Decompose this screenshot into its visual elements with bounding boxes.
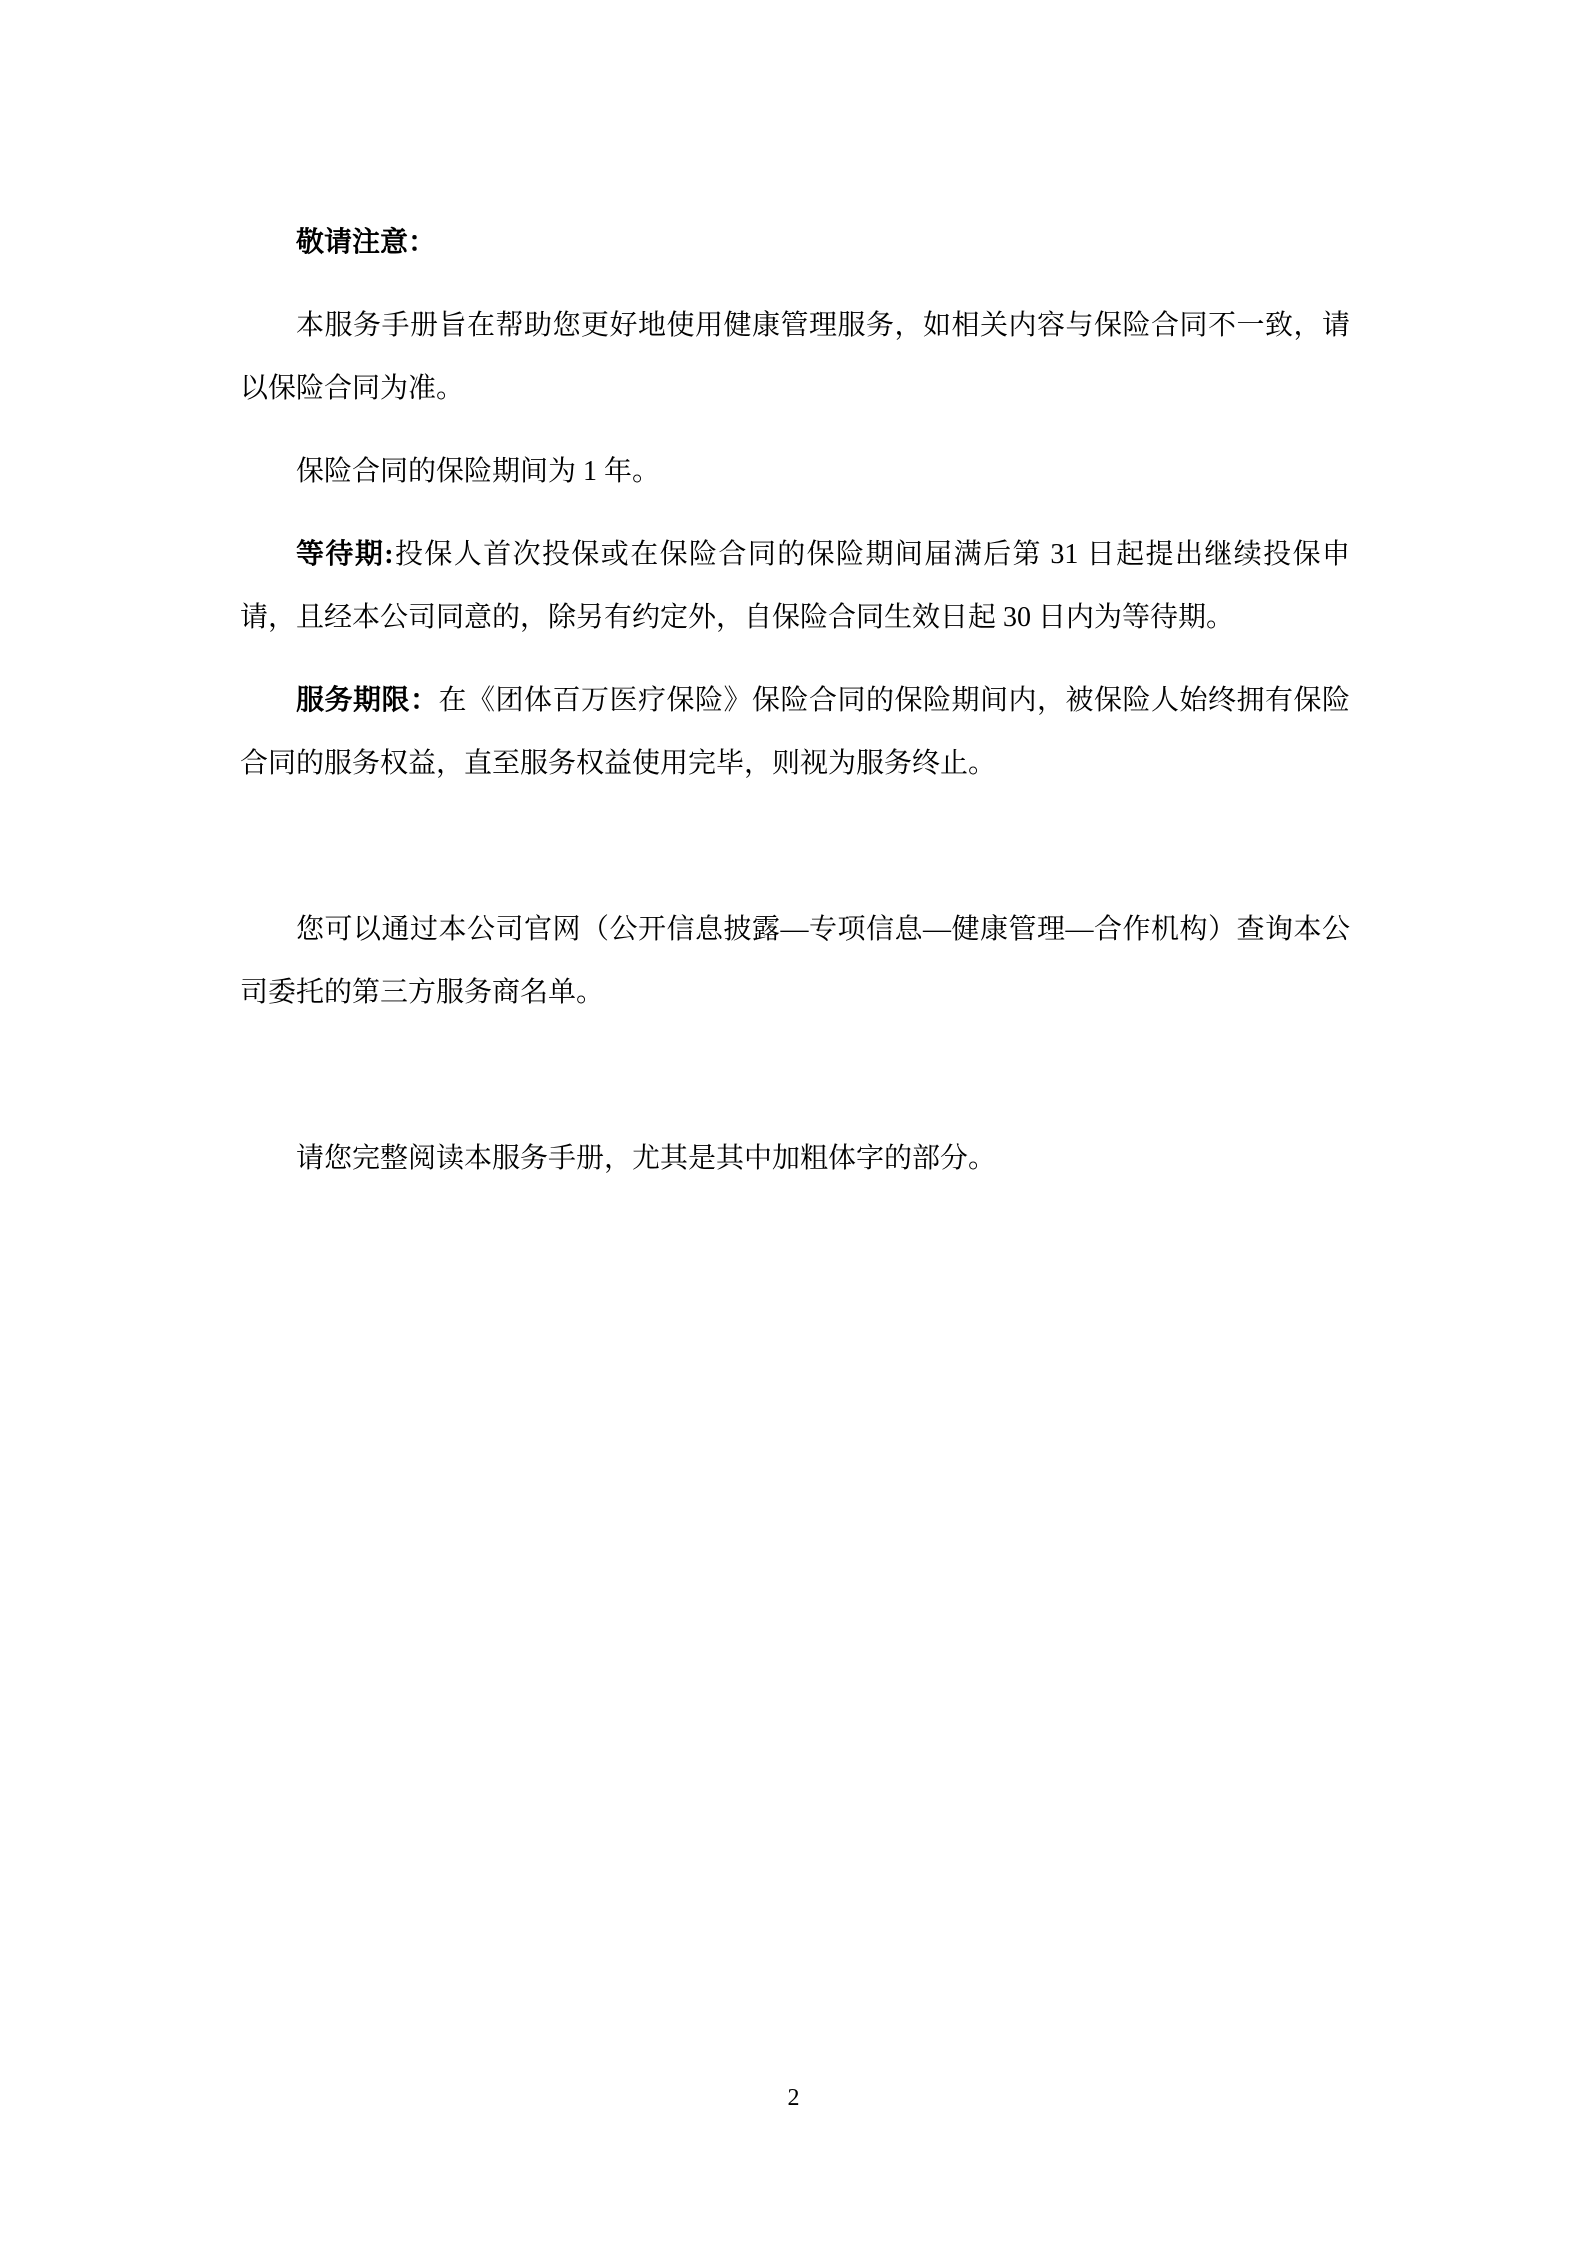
paragraph-text: 您可以通过本公司官网（公开信息披露—专项信息—健康管理—合作机构）查询本公司委托…: [240, 914, 1350, 1008]
paragraph-text: 保险合同的保险期间为 1 年。: [296, 456, 660, 487]
paragraph-intro: 本服务手册旨在帮助您更好地使用健康管理服务，如相关内容与保险合同不一致，请以保险…: [240, 294, 1350, 420]
paragraph-bold-lead: 服务期限：: [296, 685, 439, 716]
paragraph-waiting-period: 等待期:投保人首次投保或在保险合同的保险期间届满后第 31 日起提出继续投保申请…: [240, 523, 1350, 649]
paragraph-read-manual: 请您完整阅读本服务手册，尤其是其中加粗体字的部分。: [240, 1127, 1350, 1190]
paragraph-bold-lead: 等待期:: [296, 539, 394, 570]
page-number: 2: [0, 2082, 1587, 2114]
paragraph-official-site: 您可以通过本公司官网（公开信息披露—专项信息—健康管理—合作机构）查询本公司委托…: [240, 898, 1350, 1024]
document-page: 敬请注意： 本服务手册旨在帮助您更好地使用健康管理服务，如相关内容与保险合同不一…: [0, 0, 1587, 2245]
blank-line: [240, 815, 1350, 878]
paragraph-text: 投保人首次投保或在保险合同的保险期间届满后第 31 日起提出继续投保申请，且经本…: [240, 539, 1350, 633]
paragraph-insurance-period: 保险合同的保险期间为 1 年。: [240, 440, 1350, 503]
paragraph-text: 请您完整阅读本服务手册，尤其是其中加粗体字的部分。: [296, 1143, 996, 1174]
paragraph-text: 本服务手册旨在帮助您更好地使用健康管理服务，如相关内容与保险合同不一致，请以保险…: [240, 310, 1350, 404]
document-body: 敬请注意： 本服务手册旨在帮助您更好地使用健康管理服务，如相关内容与保险合同不一…: [240, 211, 1350, 1210]
notice-heading: 敬请注意：: [240, 211, 1350, 274]
paragraph-service-term: 服务期限：在《团体百万医疗保险》保险合同的保险期间内，被保险人始终拥有保险合同的…: [240, 669, 1350, 795]
blank-line: [240, 1044, 1350, 1107]
